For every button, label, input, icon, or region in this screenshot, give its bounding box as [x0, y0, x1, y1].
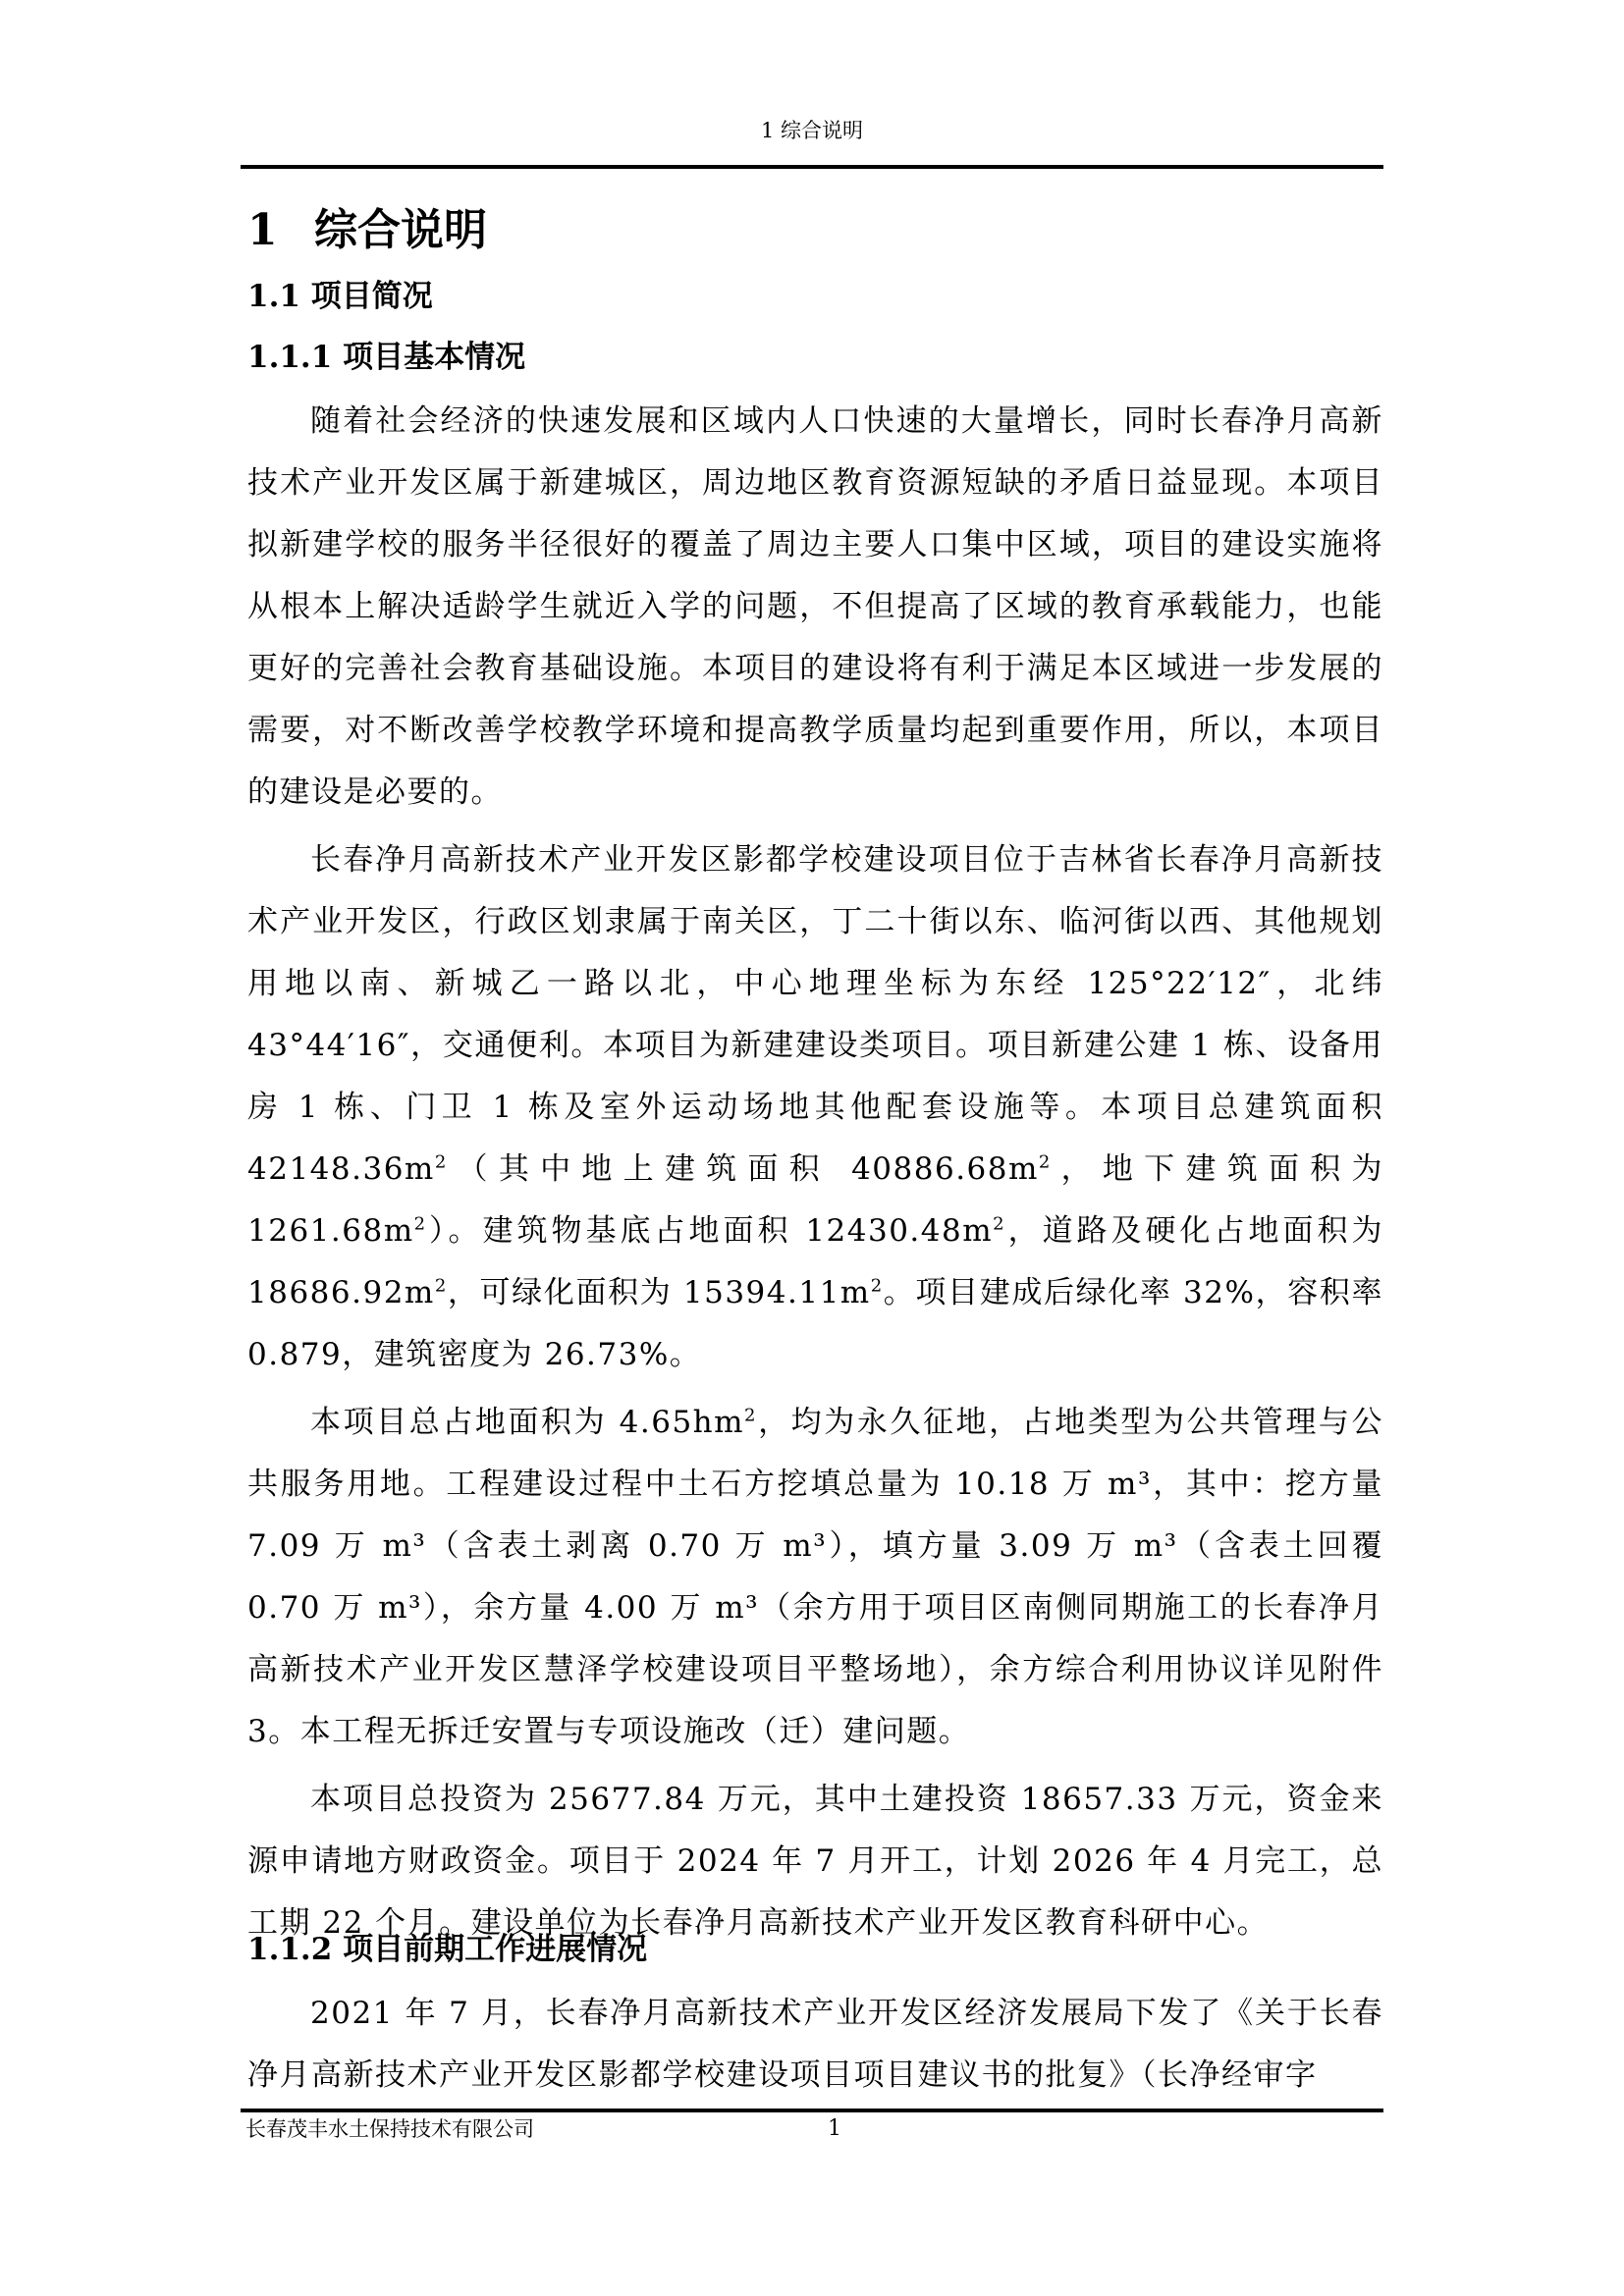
- superscript: 2: [993, 1214, 1005, 1235]
- running-header: 1 综合说明: [0, 116, 1624, 145]
- paragraph-preliminary-work: 2021 年 7 月，长春净月高新技术产业开发区经济发展局下发了《关于长春净月高…: [247, 1983, 1383, 2107]
- footer-rule: [241, 2109, 1383, 2112]
- chapter-title-text: 综合说明: [314, 205, 487, 255]
- superscript: 2: [1039, 1152, 1052, 1173]
- body-block-basic-info: 随着社会经济的快速发展和区域内人口快速的大量增长，同时长春净月高新技术产业开发区…: [247, 391, 1383, 1960]
- text-run: 长春净月高新技术产业开发区影都学校建设项目位于吉林省长春净月高新技术产业开发区，…: [247, 842, 1383, 1187]
- header-rule: [241, 165, 1383, 169]
- footer-company: 长春茂丰水土保持技术有限公司: [245, 2114, 534, 2144]
- chapter-title: 1综合说明: [247, 202, 487, 259]
- section-heading-1-1-2: 1.1.2 项目前期工作进展情况: [247, 1928, 647, 1971]
- superscript: 2: [744, 1406, 757, 1426]
- text-run: 本项目总占地面积为 4.65hm: [310, 1405, 744, 1440]
- paragraph-investment: 本项目总投资为 25677.84 万元，其中土建投资 18657.33 万元，资…: [247, 1769, 1383, 1954]
- text-run: ，可绿化面积为 15394.11m: [448, 1275, 871, 1310]
- paragraph-location: 长春净月高新技术产业开发区影都学校建设项目位于吉林省长春净月高新技术产业开发区，…: [247, 829, 1383, 1386]
- text-run: ）。建筑物基底占地面积 12430.48m: [427, 1213, 994, 1249]
- page-number: 1: [828, 2114, 841, 2144]
- paragraph-background: 随着社会经济的快速发展和区域内人口快速的大量增长，同时长春净月高新技术产业开发区…: [247, 391, 1383, 824]
- superscript: 2: [414, 1214, 427, 1235]
- text-run: ，均为永久征地，占地类型为公共管理与公共服务用地。工程建设过程中土石方挖填总量为…: [247, 1405, 1383, 1749]
- body-block-preliminary: 2021 年 7 月，长春净月高新技术产业开发区经济发展局下发了《关于长春净月高…: [247, 1983, 1383, 2112]
- document-page: 1 综合说明 1综合说明 1.1 项目简况 1.1.1 项目基本情况 随着社会经…: [0, 0, 1624, 2296]
- paragraph-land-earthwork: 本项目总占地面积为 4.65hm2，均为永久征地，占地类型为公共管理与公共服务用…: [247, 1392, 1383, 1763]
- superscript: 2: [871, 1276, 884, 1297]
- section-heading-1-1: 1.1 项目简况: [247, 275, 433, 318]
- section-heading-1-1-1: 1.1.1 项目基本情况: [247, 336, 525, 379]
- superscript: 2: [435, 1152, 448, 1173]
- chapter-number: 1: [247, 202, 314, 259]
- text-run: （其中地上建筑面积 40886.68m: [448, 1151, 1039, 1187]
- superscript: 2: [435, 1276, 448, 1297]
